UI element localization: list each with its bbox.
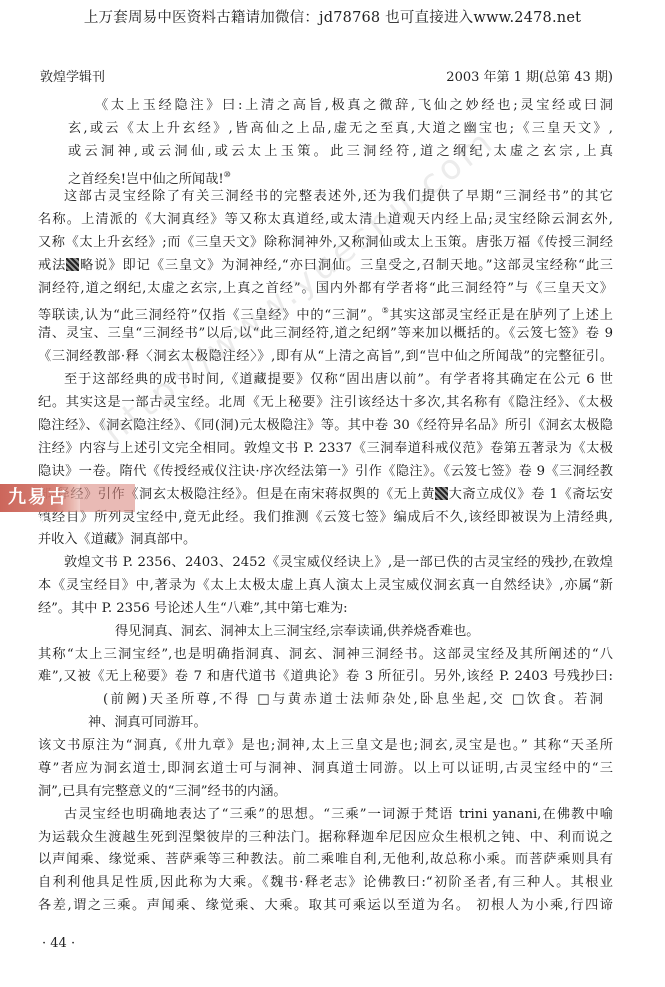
running-head-issue: 2003 年第 1 期(总第 43 期) [446, 66, 613, 85]
footnote-ref: ⑩ [224, 170, 231, 179]
body-line: 并收入《道藏》洞真部中。 [38, 531, 613, 549]
document-page: 上万套周易中医资料古籍请加微信：jd78768 也可直接进入www.2478.n… [0, 0, 665, 987]
body-line: 经”。其中 P. 2356 号论述人生“八难”,其中第七难为: [38, 600, 613, 618]
body-line: 《三洞经教部·释〈洞玄太极隐注经〉》,即有从“上清之高旨”,到“岂中仙之所闻哉”… [38, 348, 613, 366]
footnote-ref: ⑤ [382, 306, 390, 315]
body-line: 洞”,已具有完整意义的“三洞”经书的内涵。 [38, 783, 613, 801]
body-line: 清、灵宝、三皇“三洞经书”以后,以“此三洞经符,道之纪纲”等来加以概括的。《云笈… [38, 325, 613, 343]
body-line: 洞经符,道之纲纪,太虚之玄宗,上真之首经”。国内外都有学者将“此三洞经符”与《三… [38, 280, 613, 298]
body-line: 自利利他具足性质,因此称为大乘。《魏书·释老志》论佛教曰:“初阶圣者,有三种人。… [38, 874, 613, 892]
illegible-glyph [435, 487, 448, 500]
body-line: 这部古灵宝经除了有关三洞经书的完整表述外,还为我们提供了早期“三洞经书”的其它 [64, 188, 613, 206]
body-line: 尊”者应为洞玄道士,即洞玄道士可与洞神、洞真道士同游。以上可以证明,古灵宝经中的… [38, 760, 613, 778]
quote-line: 得见洞真、洞玄、洞神太上三洞宝经,宗奉读诵,供养烧香难也。 [115, 623, 479, 641]
body-line: 难”,又被《无上秘要》卷 7 和唐代道书《道典论》卷 3 所征引。另外,该经 P… [38, 668, 613, 686]
running-head-journal: 敦煌学辑刊 [40, 66, 105, 85]
body-line: 又称《太上升玄经》;而《三皇天文》除称洞神外,又称洞仙或太上玉策。唐张万福《传授… [38, 234, 613, 252]
body-line: 为运载众生渡越生死到涅槃彼岸的三种法门。据称释迦牟尼因应众生根机之钝、中、利而说… [38, 829, 613, 847]
quote-line: (前阙)天圣所尊,不得 □与黄赤道士法师杂处,卧息坐起,交 □饮食。若洞 [103, 691, 603, 709]
watermark-badge-tail [80, 484, 135, 512]
quote-line: 之首经矣!岂中仙之所闻哉!⑩ [68, 166, 613, 189]
body-line: 隐注经》、《洞玄隐注经》、《同(洞)元太极隐注》等。其中卷 30《经符异名品》所… [38, 417, 613, 435]
body-line: 纪。其实这是一部古灵宝经。北周《无上秘要》注引该经达十多次,其名称有《隐注经》、… [38, 394, 613, 412]
page-number: · 44 · [42, 936, 75, 951]
body-line: 本《灵宝经目》中,著录为《太上太极太虚上真人演太上灵宝威仪洞玄真一自然经诀》,亦… [38, 577, 613, 595]
body-line: 注经》内容与上述引文完全相同。敦煌文书 P. 2337《三洞奉道科戒仪范》卷第五… [38, 440, 613, 458]
body-line: 古灵宝经也明确地表达了“三乘”的思想。“三乘”一词源于梵语 trini yana… [64, 806, 613, 824]
body-line: 各差,谓之三乘。声闻乘、缘觉乘、大乘。取其可乘运以至道为名。 初根人为小乘,行四… [38, 897, 613, 915]
body-line: 以声闻乘、缘觉乘、菩萨乘等三种教法。前二乘唯自利,无他利,故总称小乘。而菩萨乘则… [38, 851, 613, 869]
body-line: 等联读,认为“此三洞经符”仅指《三皇经》中的“三洞”。⑤其实这部灵宝经正是在胪列… [38, 302, 613, 325]
body-line: 其称“太上三洞宝经”,也是明确指洞真、洞玄、洞神三洞经书。这部灵宝经及其所阐述的… [38, 646, 613, 664]
body-line: 名称。上清派的《大洞真经》等又称太真道经,或太清上道观天内经上品;灵宝经除云洞玄… [38, 211, 613, 229]
body-line: 至于这部经典的成书时间,《道藏提要》仅称“固出唐以前”。有学者将其确定在公元 6… [64, 371, 613, 389]
quote-line: 《太上玉经隐注》曰:上清之高旨,极真之微辞,飞仙之妙经也;灵宝经或曰洞 [95, 97, 613, 115]
body-line: 戒法略说》即记《三皇文》为洞神经,“亦曰洞仙。三皇受之,召制天地。”这部灵宝经称… [38, 257, 613, 275]
body-line: 该文书原注为“洞真,《卅九章》是也;洞神,太上三皇文是也;洞玄,灵宝是也。” 其… [38, 737, 613, 755]
illegible-glyph [66, 258, 79, 271]
body-line: 隐诀》一卷。隋代《传授经戒仪注诀·序次经法第一》引作《隐注》。《云笈七签》卷 9… [38, 463, 613, 481]
quote-line: 或云洞神,或云洞仙,或云太上玉策。此三洞经符,道之纲纪,太虚之玄宗,上真 [68, 143, 613, 161]
quote-line: 玄,或云《太上升玄经》,皆高仙之上品,虚无之至真,大道之幽宝也;《三皇天文》, [68, 120, 613, 138]
body-line: 敦煌文书 P. 2356、2403、2452《灵宝威仪经诀上》,是一部已佚的古灵… [64, 554, 613, 572]
quote-line: 神、洞真可同游耳。 [88, 714, 633, 732]
top-banner-ad: 上万套周易中医资料古籍请加微信：jd78768 也可直接进入www.2478.n… [0, 6, 665, 27]
watermark-badge: 九易古籍网 [0, 484, 80, 512]
